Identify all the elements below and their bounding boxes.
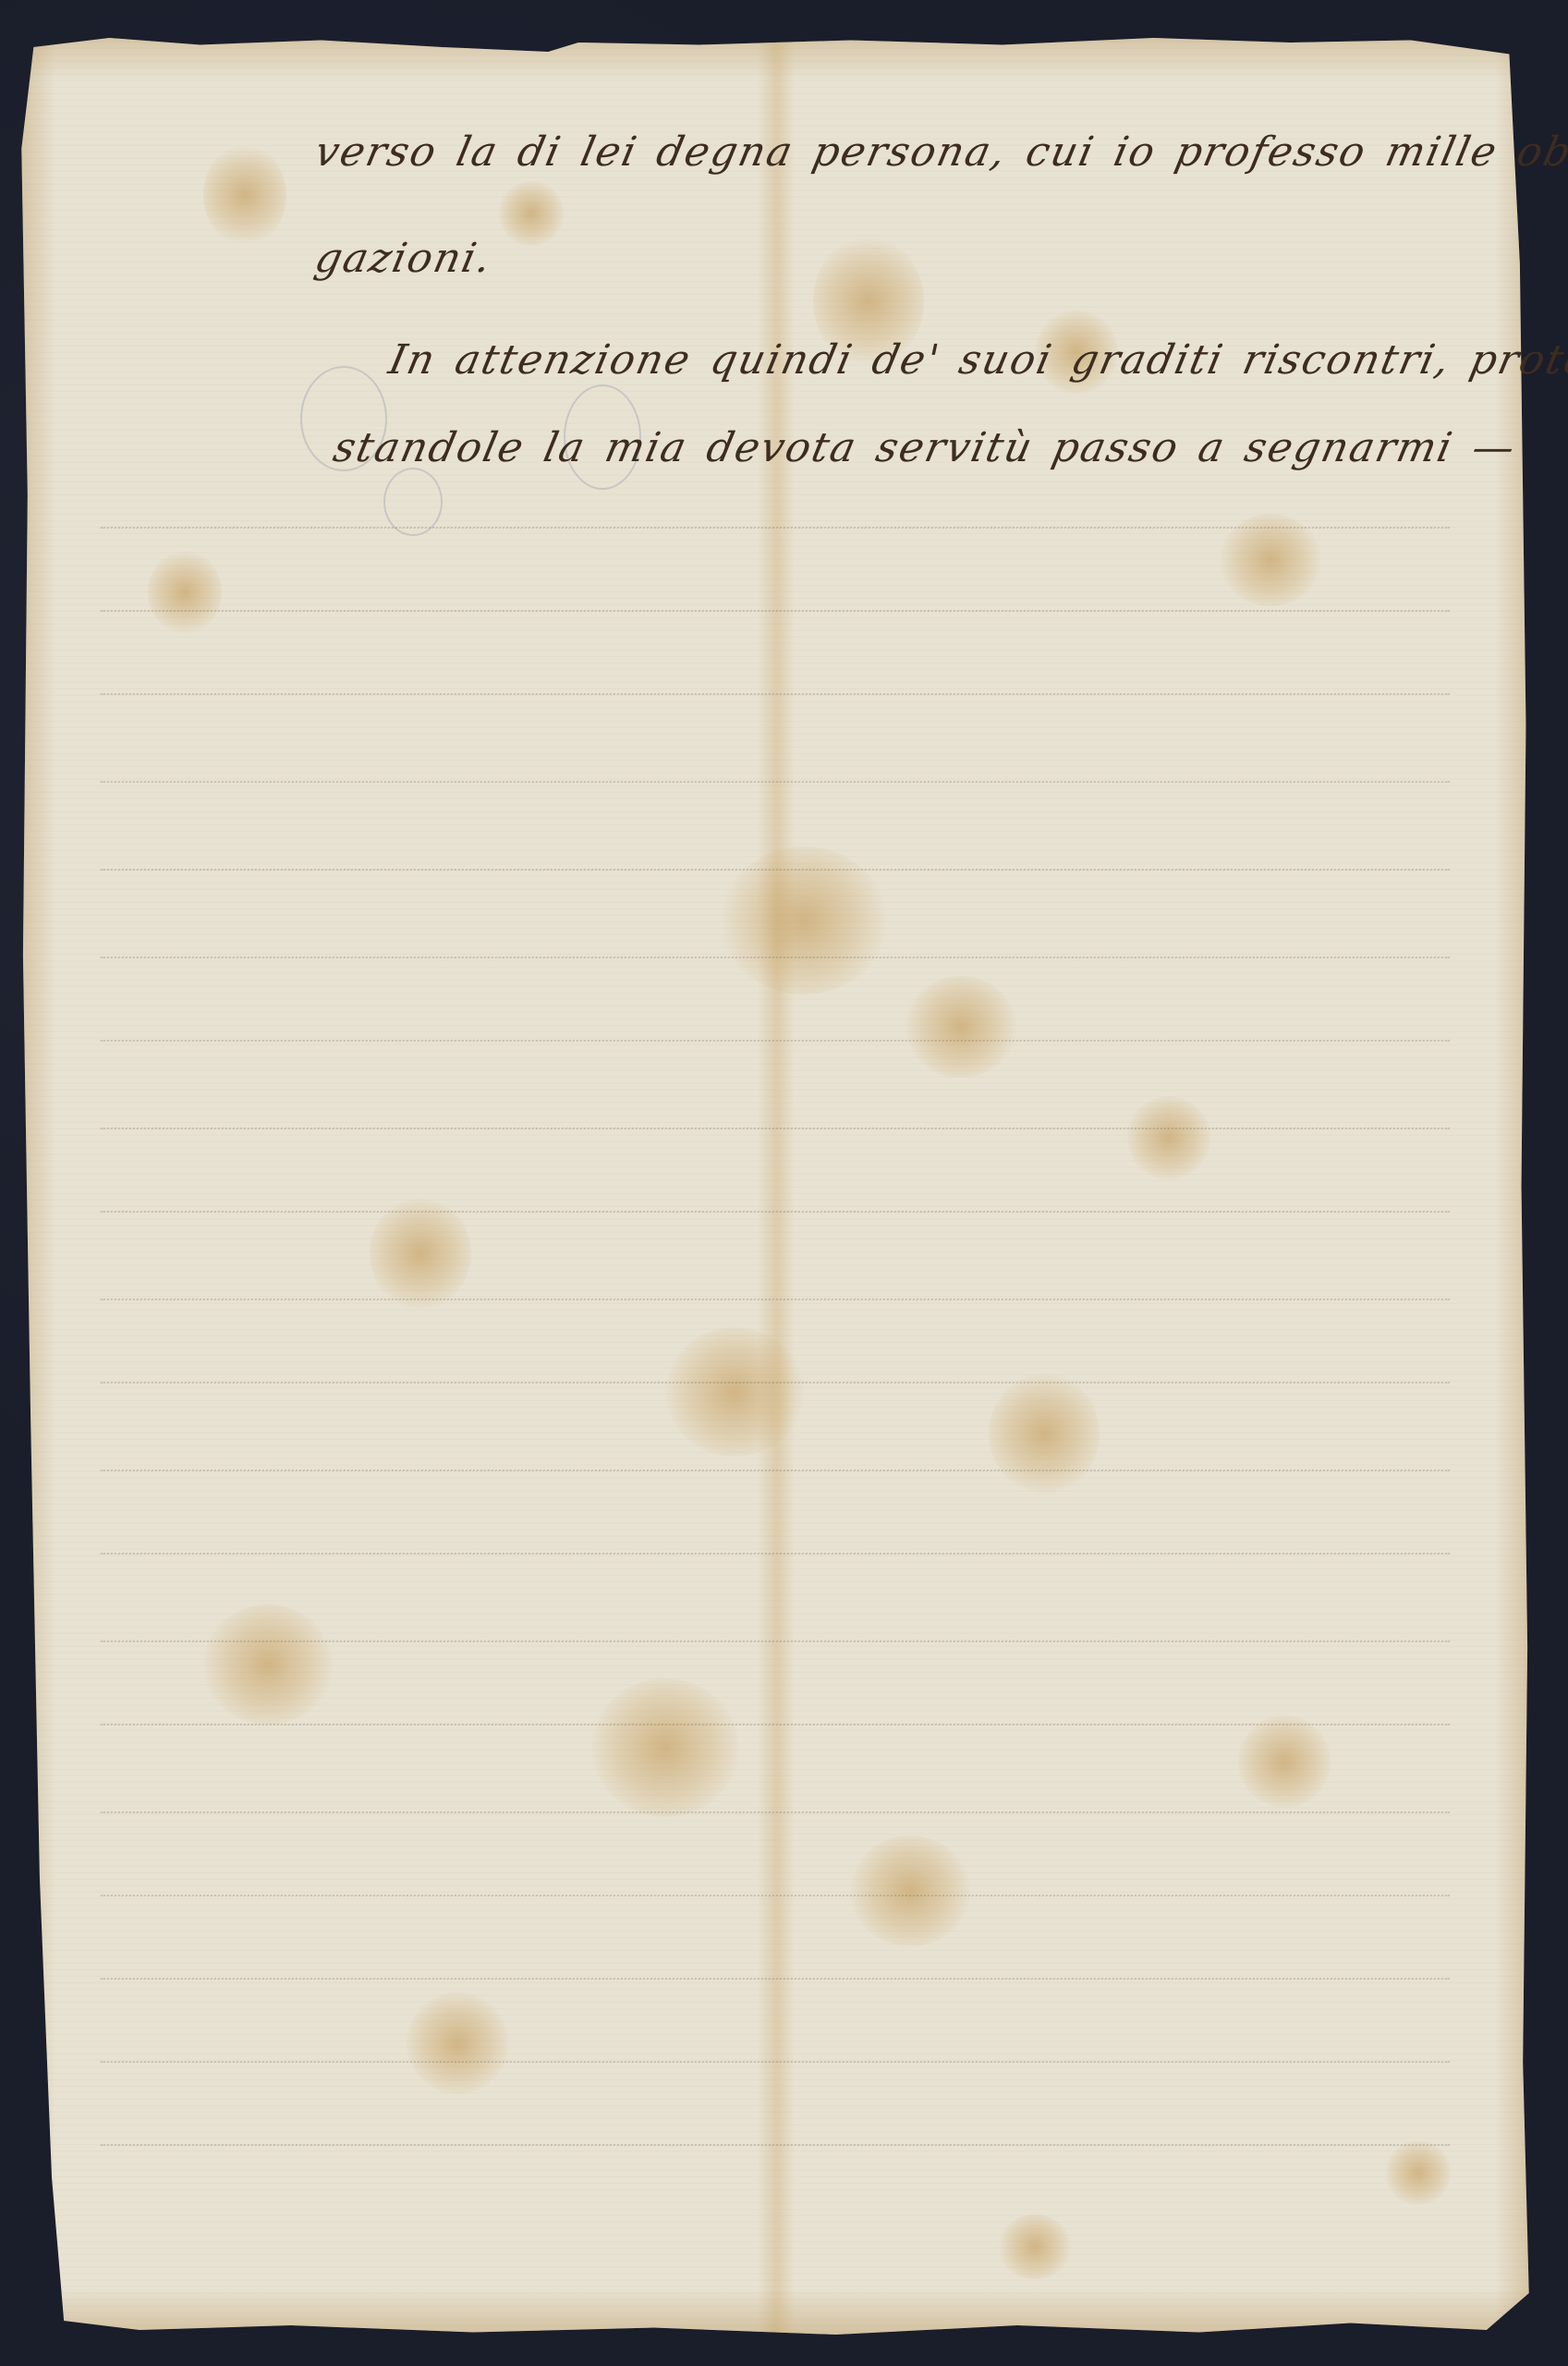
bleed-through-line [100, 1124, 1452, 1129]
bleed-through-line [100, 2140, 1452, 2146]
foxing-stain [370, 1198, 471, 1309]
bleed-through-line [100, 689, 1452, 695]
bleed-through-line [100, 953, 1452, 958]
bleed-through-line [100, 1891, 1452, 1896]
foxing-stain [148, 551, 222, 634]
bleed-through-line [100, 865, 1452, 871]
bleed-through-line [100, 1637, 1452, 1642]
bleed-through-line [100, 606, 1452, 612]
bleed-through-line [100, 1974, 1452, 1980]
foxing-stain [665, 1327, 804, 1457]
foxing-stain [1127, 1096, 1210, 1179]
letter-line-3: In attenzione quindi de' suoi graditi ri… [379, 310, 1568, 411]
letter-line-1: verso la di lei degna persona, cui io pr… [305, 102, 1568, 203]
bleed-through-line [100, 523, 1452, 529]
foxing-stain [591, 1678, 739, 1817]
bleed-through-line [100, 1720, 1452, 1726]
pin-hole [43, 2288, 50, 2298]
foxing-stain [906, 976, 1016, 1078]
bleed-through-line [100, 1466, 1452, 1471]
document-mount-background: verso la di lei degna persona, cui io pr… [0, 0, 1568, 2366]
bleed-through-line [100, 1808, 1452, 1813]
bleed-through-line [100, 1549, 1452, 1555]
letter-line-2: gazioni. [305, 208, 503, 310]
foxing-stain [1238, 1715, 1331, 1808]
letter-line-4: standole la mia devota servitù passo a s… [323, 397, 1526, 499]
bleed-through-line [100, 1378, 1452, 1384]
bleed-through-line [100, 2057, 1452, 2063]
foxing-stain [998, 2214, 1072, 2279]
bleed-through-line [100, 1295, 1452, 1300]
bleed-through-line [100, 777, 1452, 783]
foxing-stain [203, 1604, 333, 1725]
foxing-stain [407, 1993, 508, 2094]
foxing-stain [1386, 2140, 1451, 2205]
bleed-through-line [100, 1207, 1452, 1213]
foxing-stain [989, 1373, 1100, 1494]
foxing-stain [203, 144, 286, 246]
bleed-through-line [100, 1036, 1452, 1042]
